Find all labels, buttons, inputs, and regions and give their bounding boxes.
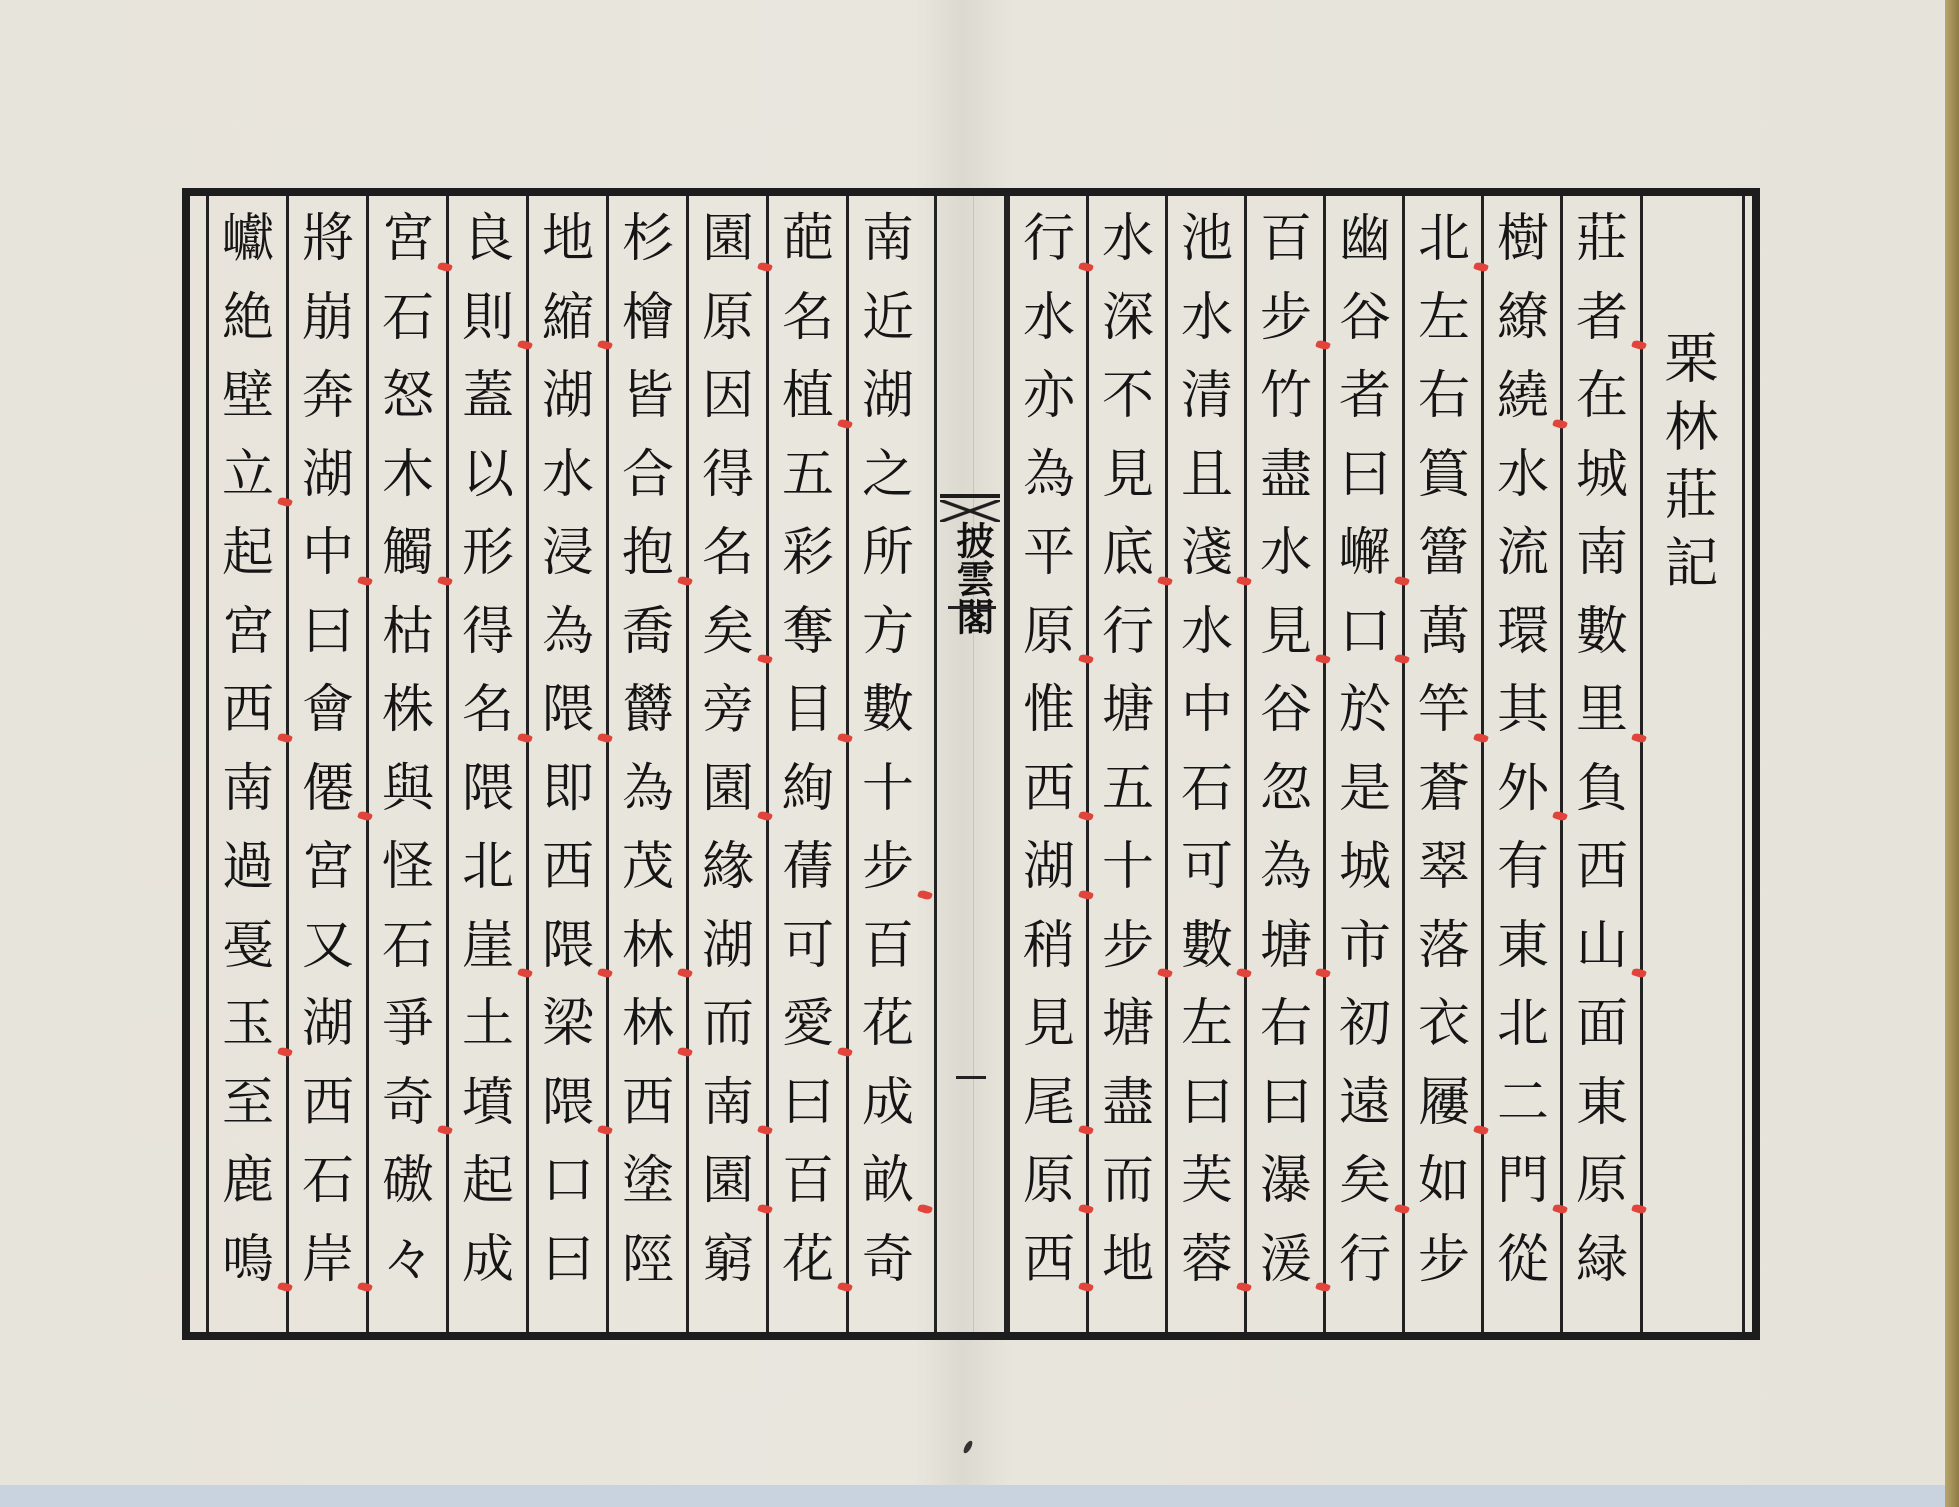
- column-rule: [766, 196, 769, 1332]
- character: 曰: [1175, 1064, 1239, 1143]
- character: 莊: [1570, 200, 1634, 279]
- character: 奇: [376, 1064, 440, 1143]
- character: 近: [856, 279, 920, 358]
- character: 瀑: [1254, 1142, 1318, 1221]
- column-rule: [846, 196, 849, 1332]
- character: 湲: [1254, 1221, 1318, 1300]
- character: 絶: [216, 279, 280, 358]
- character: 奪: [776, 593, 840, 672]
- character: 葩: [776, 200, 840, 279]
- character: 地: [536, 200, 600, 279]
- character: 為: [1254, 828, 1318, 907]
- text-column: 百步竹盡水見谷忽為塘右曰瀑湲: [1254, 200, 1318, 1328]
- character: 中: [296, 514, 360, 593]
- character: 市: [1333, 907, 1397, 986]
- character: 二: [1491, 1064, 1555, 1143]
- character: 環: [1491, 593, 1555, 672]
- character: 塘: [1096, 671, 1160, 750]
- character: 曰: [776, 1064, 840, 1143]
- center-title-text: 披雲閣: [951, 521, 993, 635]
- character: 石: [296, 1142, 360, 1221]
- book-edge: [1945, 0, 1959, 1507]
- character: 水: [1175, 593, 1239, 672]
- character: 花: [856, 985, 920, 1064]
- character: 西: [616, 1064, 680, 1143]
- column-rule: [606, 196, 609, 1332]
- character: 石: [376, 279, 440, 358]
- character: 淺: [1175, 514, 1239, 593]
- character: 右: [1254, 985, 1318, 1064]
- character: 戞: [216, 907, 280, 986]
- character: 篔: [1412, 436, 1476, 515]
- character: 窮: [696, 1221, 760, 1300]
- character: 十: [856, 750, 920, 829]
- character: 園: [696, 200, 760, 279]
- character: 矣: [1333, 1142, 1397, 1221]
- text-column: 南近湖之所方數十步百花成畝奇: [856, 200, 920, 1328]
- character: 西: [1017, 1221, 1081, 1300]
- character: 因: [696, 357, 760, 436]
- character: 而: [696, 985, 760, 1064]
- column-rule: [526, 196, 529, 1332]
- character: 湖: [296, 985, 360, 1064]
- character: 爭: [376, 985, 440, 1064]
- character: 為: [616, 750, 680, 829]
- character: 隈: [456, 750, 520, 829]
- text-column: 樹繚繞水流環其外有東北二門從: [1491, 200, 1555, 1328]
- character: 衣: [1412, 985, 1476, 1064]
- fish-tail-mark: [940, 494, 1000, 510]
- character: 見: [1096, 436, 1160, 515]
- character: 者: [1570, 279, 1634, 358]
- character: 欝: [616, 671, 680, 750]
- character: 梁: [536, 985, 600, 1064]
- character: 水: [1491, 436, 1555, 515]
- character: 中: [1175, 671, 1239, 750]
- column-rule: [1165, 196, 1168, 1332]
- character: 抱: [616, 514, 680, 593]
- character: 西: [1570, 828, 1634, 907]
- character: 蒼: [1412, 750, 1476, 829]
- character: 湖: [696, 907, 760, 986]
- character: 數: [856, 671, 920, 750]
- character: 底: [1096, 514, 1160, 593]
- character: 盡: [1254, 436, 1318, 515]
- character: 方: [856, 593, 920, 672]
- character: 良: [456, 200, 520, 279]
- character: 不: [1096, 357, 1160, 436]
- character: 而: [1096, 1142, 1160, 1221]
- character: 名: [456, 671, 520, 750]
- character: 南: [696, 1064, 760, 1143]
- character: 水: [1254, 514, 1318, 593]
- character: 見: [1017, 985, 1081, 1064]
- character: 萬: [1412, 593, 1476, 672]
- character: 絢: [776, 750, 840, 829]
- character: 北: [456, 828, 520, 907]
- character: 形: [456, 514, 520, 593]
- character: 崖: [456, 907, 520, 986]
- character: 北: [1491, 985, 1555, 1064]
- character: 口: [1333, 593, 1397, 672]
- column-rule: [1481, 196, 1484, 1332]
- character: 樹: [1491, 200, 1555, 279]
- character: 隈: [536, 1064, 600, 1143]
- character: 林: [616, 907, 680, 986]
- character: 彩: [776, 514, 840, 593]
- character: 落: [1412, 907, 1476, 986]
- character: 矣: [696, 593, 760, 672]
- character: 杉: [616, 200, 680, 279]
- text-column: 良則蓋以形得名隈北崖土墳起成: [456, 200, 520, 1328]
- text-column: 莊者在城南數里負西山面東原緑: [1570, 200, 1634, 1328]
- character: 過: [216, 828, 280, 907]
- column-rule: [366, 196, 369, 1332]
- character: 又: [296, 907, 360, 986]
- character: 是: [1333, 750, 1397, 829]
- character: 清: [1175, 357, 1239, 436]
- character: 左: [1412, 279, 1476, 358]
- column-rule: [286, 196, 289, 1332]
- character: 水: [1017, 279, 1081, 358]
- character: 以: [456, 436, 520, 515]
- character: 面: [1570, 985, 1634, 1064]
- character: 原: [1017, 593, 1081, 672]
- column-rule: [1402, 196, 1405, 1332]
- character: 起: [216, 514, 280, 593]
- character: 旁: [696, 671, 760, 750]
- character: 植: [776, 357, 840, 436]
- character: 至: [216, 1064, 280, 1143]
- center-rule: [948, 606, 996, 609]
- column-rule: [1560, 196, 1563, 1332]
- center-column: 披雲閣 一: [934, 196, 1004, 1332]
- character: 繚: [1491, 279, 1555, 358]
- character: 北: [1412, 200, 1476, 279]
- character: 幽: [1333, 200, 1397, 279]
- character: 谷: [1254, 671, 1318, 750]
- character: 流: [1491, 514, 1555, 593]
- character: 山: [1570, 907, 1634, 986]
- character: 得: [456, 593, 520, 672]
- character: 緣: [696, 828, 760, 907]
- character: 行: [1017, 200, 1081, 279]
- character: 株: [376, 671, 440, 750]
- character: 南: [216, 750, 280, 829]
- character: 岸: [296, 1221, 360, 1300]
- character: 行: [1333, 1221, 1397, 1300]
- character: 東: [1570, 1064, 1634, 1143]
- text-column: 池水清且淺水中石可數左曰芙蓉: [1175, 200, 1239, 1328]
- character: 原: [696, 279, 760, 358]
- character: 原: [1570, 1142, 1634, 1221]
- character: 墳: [456, 1064, 520, 1143]
- character: 奇: [856, 1221, 920, 1300]
- character: 水: [1175, 279, 1239, 358]
- character: 茂: [616, 828, 680, 907]
- character: 玉: [216, 985, 280, 1064]
- character: 蒨: [776, 828, 840, 907]
- character: 城: [1333, 828, 1397, 907]
- character: 門: [1491, 1142, 1555, 1221]
- character: 怒: [376, 357, 440, 436]
- character: 盡: [1096, 1064, 1160, 1143]
- character: 浸: [536, 514, 600, 593]
- character: 原: [1017, 1142, 1081, 1221]
- character: 檜: [616, 279, 680, 358]
- title-text: 栗林莊記: [1655, 330, 1719, 602]
- character: 其: [1491, 671, 1555, 750]
- character: 石: [1175, 750, 1239, 829]
- column-rule: [1640, 196, 1643, 1332]
- character: 怪: [376, 828, 440, 907]
- text-column: 巘絶壁立起宮西南過戞玉至鹿鳴: [216, 200, 280, 1328]
- character: 崩: [296, 279, 360, 358]
- text-column: 水深不見底行塘五十步塘盡而地: [1096, 200, 1160, 1328]
- character: 皆: [616, 357, 680, 436]
- character: 園: [696, 750, 760, 829]
- character: 數: [1175, 907, 1239, 986]
- text-column: 北左右篔簹萬竿蒼翠落衣屨如步: [1412, 200, 1476, 1328]
- character: 名: [696, 514, 760, 593]
- character: 西: [216, 671, 280, 750]
- character: 五: [776, 436, 840, 515]
- character: 步: [1412, 1221, 1476, 1300]
- character: 畝: [856, 1142, 920, 1221]
- character: 五: [1096, 750, 1160, 829]
- character: 園: [696, 1142, 760, 1221]
- character: 左: [1175, 985, 1239, 1064]
- column-rule: [446, 196, 449, 1332]
- column-rule: [1244, 196, 1247, 1332]
- character: 口: [536, 1142, 600, 1221]
- character: 數: [1570, 593, 1634, 672]
- character: 稍: [1017, 907, 1081, 986]
- character: 惟: [1017, 671, 1081, 750]
- character: 花: [776, 1221, 840, 1300]
- character: 目: [776, 671, 840, 750]
- character: 百: [856, 907, 920, 986]
- character: 遠: [1333, 1064, 1397, 1143]
- character: 簹: [1412, 514, 1476, 593]
- character: 隈: [536, 907, 600, 986]
- character: 者: [1333, 357, 1397, 436]
- character: 屨: [1412, 1064, 1476, 1143]
- character: 之: [856, 436, 920, 515]
- character: 起: [456, 1142, 520, 1221]
- character: 鳴: [216, 1221, 280, 1300]
- character: 々: [376, 1221, 440, 1300]
- character: 名: [776, 279, 840, 358]
- character: 里: [1570, 671, 1634, 750]
- character: 南: [1570, 514, 1634, 593]
- character: 可: [1175, 828, 1239, 907]
- character: 竹: [1254, 357, 1318, 436]
- character: 塘: [1096, 985, 1160, 1064]
- character: 鹿: [216, 1142, 280, 1221]
- character: 步: [856, 828, 920, 907]
- character: 蓉: [1175, 1221, 1239, 1300]
- character: 宮: [296, 828, 360, 907]
- text-column: 將崩奔湖中曰會僊宮又湖西石岸: [296, 200, 360, 1328]
- center-title: 披雲閣: [944, 521, 1000, 635]
- character: 湖: [296, 436, 360, 515]
- text-column: 幽谷者曰嶰口於是城市初遠矣行: [1333, 200, 1397, 1328]
- character: 即: [536, 750, 600, 829]
- character: 愛: [776, 985, 840, 1064]
- character: 城: [1570, 436, 1634, 515]
- character: 於: [1333, 671, 1397, 750]
- character: 西: [296, 1064, 360, 1143]
- character: 磝: [376, 1142, 440, 1221]
- column-rule: [1323, 196, 1326, 1332]
- character: 右: [1412, 357, 1476, 436]
- character: 喬: [616, 593, 680, 672]
- character: 曰: [1254, 1064, 1318, 1143]
- character: 為: [536, 593, 600, 672]
- character: 觸: [376, 514, 440, 593]
- character: 谷: [1333, 279, 1397, 358]
- character: 將: [296, 200, 360, 279]
- character: 百: [776, 1142, 840, 1221]
- character: 步: [1096, 907, 1160, 986]
- character: 宮: [376, 200, 440, 279]
- character: 尾: [1017, 1064, 1081, 1143]
- character: 則: [456, 279, 520, 358]
- character: 水: [1096, 200, 1160, 279]
- character: 見: [1254, 593, 1318, 672]
- character: 會: [296, 671, 360, 750]
- character: 嶰: [1333, 514, 1397, 593]
- character: 蓋: [456, 357, 520, 436]
- character: 翠: [1412, 828, 1476, 907]
- character: 隈: [536, 671, 600, 750]
- character: 西: [1017, 750, 1081, 829]
- character: 行: [1096, 593, 1160, 672]
- character: 宮: [216, 593, 280, 672]
- character: 曰: [536, 1221, 600, 1300]
- character: 深: [1096, 279, 1160, 358]
- character: 縮: [536, 279, 600, 358]
- character: 竿: [1412, 671, 1476, 750]
- character: 從: [1491, 1221, 1555, 1300]
- character: 木: [376, 436, 440, 515]
- character: 林: [616, 985, 680, 1064]
- character: 初: [1333, 985, 1397, 1064]
- character: 曰: [1333, 436, 1397, 515]
- character: 巘: [216, 200, 280, 279]
- character: 土: [456, 985, 520, 1064]
- character: 所: [856, 514, 920, 593]
- character: 為: [1017, 436, 1081, 515]
- text-column: 杉檜皆合抱喬欝為茂林林西塗陘: [616, 200, 680, 1328]
- character: 湖: [856, 357, 920, 436]
- character: 枯: [376, 593, 440, 672]
- character: 湖: [1017, 828, 1081, 907]
- character: 南: [856, 200, 920, 279]
- character: 有: [1491, 828, 1555, 907]
- frame-inner-rule: [1742, 196, 1745, 1332]
- text-column: 行水亦為平原惟西湖稍見尾原西: [1017, 200, 1081, 1328]
- character: 塘: [1254, 907, 1318, 986]
- character: 池: [1175, 200, 1239, 279]
- character: 水: [536, 436, 600, 515]
- character: 且: [1175, 436, 1239, 515]
- column-rule: [1086, 196, 1089, 1332]
- text-column: 葩名植五彩奪目絢蒨可愛曰百花: [776, 200, 840, 1328]
- fold-line: [973, 196, 974, 1332]
- character: 壁: [216, 357, 280, 436]
- character: 緑: [1570, 1221, 1634, 1300]
- character: 成: [456, 1221, 520, 1300]
- text-column: 宮石怒木觸枯株與怪石爭奇磝々: [376, 200, 440, 1328]
- character: 得: [696, 436, 760, 515]
- title-column: 栗林莊記: [1655, 330, 1719, 1458]
- character: 平: [1017, 514, 1081, 593]
- character: 湖: [536, 357, 600, 436]
- character: 亦: [1017, 357, 1081, 436]
- character: 百: [1254, 200, 1318, 279]
- text-column: 地縮湖水浸為隈即西隈梁隈口曰: [536, 200, 600, 1328]
- character: 芙: [1175, 1142, 1239, 1221]
- character: 塗: [616, 1142, 680, 1221]
- text-column: 園原因得名矣旁園緣湖而南園窮: [696, 200, 760, 1328]
- character: 忽: [1254, 750, 1318, 829]
- character: 東: [1491, 907, 1555, 986]
- character: 立: [216, 436, 280, 515]
- character: 僊: [296, 750, 360, 829]
- character: 十: [1096, 828, 1160, 907]
- character: 地: [1096, 1221, 1160, 1300]
- character: 外: [1491, 750, 1555, 829]
- column-rule: [206, 196, 209, 1332]
- column-rule: [686, 196, 689, 1332]
- character: 可: [776, 907, 840, 986]
- character: 如: [1412, 1142, 1476, 1221]
- character: 步: [1254, 279, 1318, 358]
- character: 負: [1570, 750, 1634, 829]
- character: 合: [616, 436, 680, 515]
- character: 西: [536, 828, 600, 907]
- column-rule: [1004, 196, 1007, 1332]
- column-rule: [1007, 196, 1010, 1332]
- page-number: [956, 1076, 986, 1079]
- character: 曰: [296, 593, 360, 672]
- character: 石: [376, 907, 440, 986]
- character: 在: [1570, 357, 1634, 436]
- character: 繞: [1491, 357, 1555, 436]
- character: 成: [856, 1064, 920, 1143]
- character: 陘: [616, 1221, 680, 1300]
- character: 奔: [296, 357, 360, 436]
- character: 與: [376, 750, 440, 829]
